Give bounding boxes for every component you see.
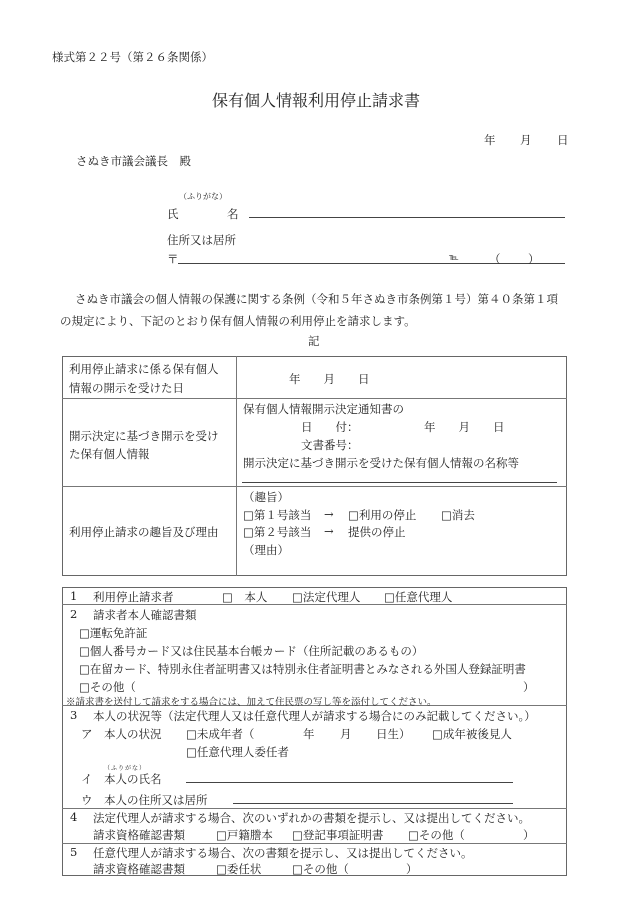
voluntary-principal-checkbox[interactable]: □任意代理人委任者 — [186, 744, 289, 760]
table2-sep-4 — [62, 843, 567, 844]
date-month: 月 — [520, 132, 532, 148]
disclosure-date-field[interactable]: 年 月 日 — [289, 371, 370, 387]
body-line-1: さぬき市議会の個人情報の保護に関する条例（令和５年さぬき市条例第１号）第４０条第… — [75, 291, 558, 307]
notice-label: 保有個人情報開示決定通知書の — [243, 401, 404, 417]
name-field[interactable] — [249, 217, 565, 218]
table1-row-sep-2 — [62, 486, 567, 487]
address-label: 住所又は居所 — [167, 232, 236, 248]
s5-number: 5 — [70, 845, 77, 859]
s4-number: 4 — [70, 810, 77, 824]
row2-label-2: た保有個人情報 — [69, 446, 150, 462]
mynumber-card-checkbox[interactable]: □個人番号カード又は住民基本台帳カード（住所記載のあるもの） — [79, 643, 423, 659]
family-register-checkbox[interactable]: □戸籍謄本 — [216, 827, 273, 843]
row2-label-1: 開示決定に基づき開示を受け — [69, 428, 219, 444]
s3-label: 本人の状況等（法定代理人又は任意代理人が請求する場合にのみ記載してください。） — [93, 708, 536, 724]
tel-paren-open: （ — [489, 251, 501, 267]
s5-other-close: ） — [406, 861, 418, 877]
self-checkbox[interactable]: □ 本人 — [222, 589, 267, 605]
mail-note: ※請求書を送付して請求をする場合には、加えて住民票の写し等を添付してください。 — [66, 694, 437, 708]
furigana-label: （ふりがな） — [179, 191, 227, 202]
other-id-checkbox[interactable]: □その他（ — [79, 679, 136, 695]
s4-other-close: ） — [523, 827, 535, 843]
s4-doc-label: 請求資格確認書類 — [93, 827, 185, 843]
erase-checkbox[interactable]: □消去 — [441, 507, 475, 523]
stop-provision-label: 提供の停止 — [348, 524, 406, 540]
table1-row-sep-1 — [62, 398, 567, 399]
legal-rep-checkbox[interactable]: □法定代理人 — [292, 589, 360, 605]
stop-use-checkbox[interactable]: □利用の停止 — [348, 507, 416, 523]
doc-number-label: 文書番号： — [301, 437, 359, 453]
minor-checkbox[interactable]: □未成年者（ — [186, 726, 254, 742]
s5-label: 任意代理人が請求する場合、次の書類を提示し、又は提出してください。 — [93, 845, 473, 861]
i-mark: イ — [81, 771, 93, 787]
s4-label: 法定代理人が請求する場合、次のいずれかの書類を提示し、又は提出してください。 — [93, 810, 530, 826]
table1-divider — [236, 356, 237, 576]
principal-name-label: 本人の氏名 — [104, 771, 162, 787]
arrow-icon: → — [324, 507, 334, 521]
page-title: 保有個人情報利用停止請求書 — [212, 88, 420, 111]
u-mark: ウ — [81, 792, 93, 808]
minor-born: 日生） — [376, 726, 411, 742]
notice-date-label: 日 付： — [301, 419, 359, 435]
minor-year: 年 — [303, 726, 315, 742]
date-year: 年 — [484, 132, 496, 148]
address-field[interactable] — [178, 263, 565, 264]
registry-cert-checkbox[interactable]: □登記事項証明書 — [292, 827, 383, 843]
name-label-1: 氏 — [167, 206, 179, 222]
info-name-label: 開示決定に基づき開示を受けた保有個人情報の名称等 — [243, 455, 519, 471]
addressee: さぬき市議会議長 殿 — [76, 153, 191, 169]
row1-label-1: 利用停止請求に係る保有個人 — [69, 361, 219, 377]
row3-label: 利用停止請求の趣旨及び理由 — [69, 524, 219, 540]
minor-month: 月 — [340, 726, 352, 742]
clause2-checkbox[interactable]: □第２号該当 — [243, 524, 311, 540]
body-line-2: の規定により、下記のとおり保有個人情報の利用停止を請求します。 — [60, 313, 416, 329]
s1-number: 1 — [70, 589, 77, 603]
tel-paren-close: ） — [528, 251, 540, 267]
adult-ward-checkbox[interactable]: □成年被後見人 — [432, 726, 512, 742]
date-day: 日 — [557, 132, 569, 148]
s3-number: 3 — [70, 708, 77, 722]
row1-label-2: 情報の開示を受けた日 — [69, 380, 184, 396]
notice-date-field[interactable]: 年 月 日 — [424, 419, 505, 435]
a-label: 本人の状況 — [104, 726, 162, 742]
s5-doc-label: 請求資格確認書類 — [93, 861, 185, 877]
s1-label: 利用停止請求者 — [93, 589, 174, 605]
info-name-field[interactable] — [242, 482, 557, 483]
principal-address-label: 本人の住所又は居所 — [104, 792, 208, 808]
name-label-2: 名 — [227, 206, 239, 222]
other-id-close: ） — [523, 679, 535, 695]
license-checkbox[interactable]: □運転免許証 — [79, 625, 147, 641]
s2-label: 請求者本人確認書類 — [93, 607, 197, 623]
a-mark: ア — [81, 726, 93, 742]
principal-name-field[interactable] — [186, 782, 513, 783]
s4-other-checkbox[interactable]: □その他（ — [408, 827, 465, 843]
table2-sep-3 — [62, 808, 567, 809]
reason-label: （理由） — [243, 542, 289, 558]
power-of-attorney-checkbox[interactable]: □委任状 — [216, 861, 261, 877]
residence-card-checkbox[interactable]: □在留カード、特別永住者証明書又は特別永住者証明書とみなされる外国人登録証明書 — [79, 661, 526, 677]
purpose-label: （趣旨） — [243, 489, 289, 505]
postal-mark: 〒 — [167, 251, 179, 267]
voluntary-rep-checkbox[interactable]: □任意代理人 — [384, 589, 452, 605]
clause1-checkbox[interactable]: □第１号該当 — [243, 507, 311, 523]
form-number: 様式第２２号（第２６条関係） — [52, 49, 213, 65]
s5-other-checkbox[interactable]: □その他（ — [292, 861, 349, 877]
arrow-icon: → — [324, 524, 334, 538]
s2-number: 2 — [70, 607, 77, 621]
principal-address-field[interactable] — [233, 803, 513, 804]
ki-label: 記 — [308, 333, 320, 349]
tel-label: ℡ — [449, 253, 459, 263]
